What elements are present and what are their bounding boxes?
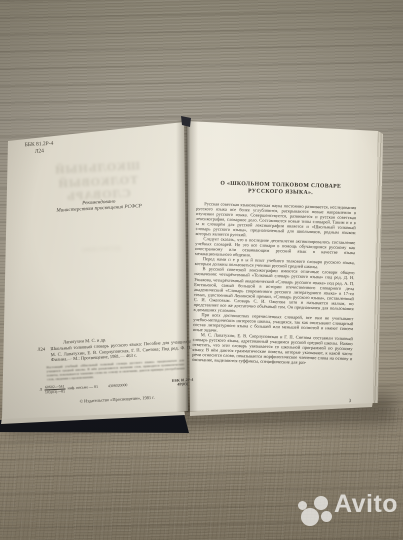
avito-logo-icon bbox=[314, 496, 328, 510]
avito-watermark: Avito bbox=[294, 492, 400, 534]
avito-logo-icon bbox=[321, 511, 332, 522]
photo-vignette bbox=[0, 0, 403, 540]
photo-of-open-book: ББК 81.2Р-4 Л24 ШКОЛЬНЫЙ ТОЛКОВЫЙ СЛОВАР… bbox=[0, 0, 403, 540]
avito-wordmark: Avito bbox=[334, 490, 398, 519]
avito-logo-icon bbox=[301, 508, 319, 526]
